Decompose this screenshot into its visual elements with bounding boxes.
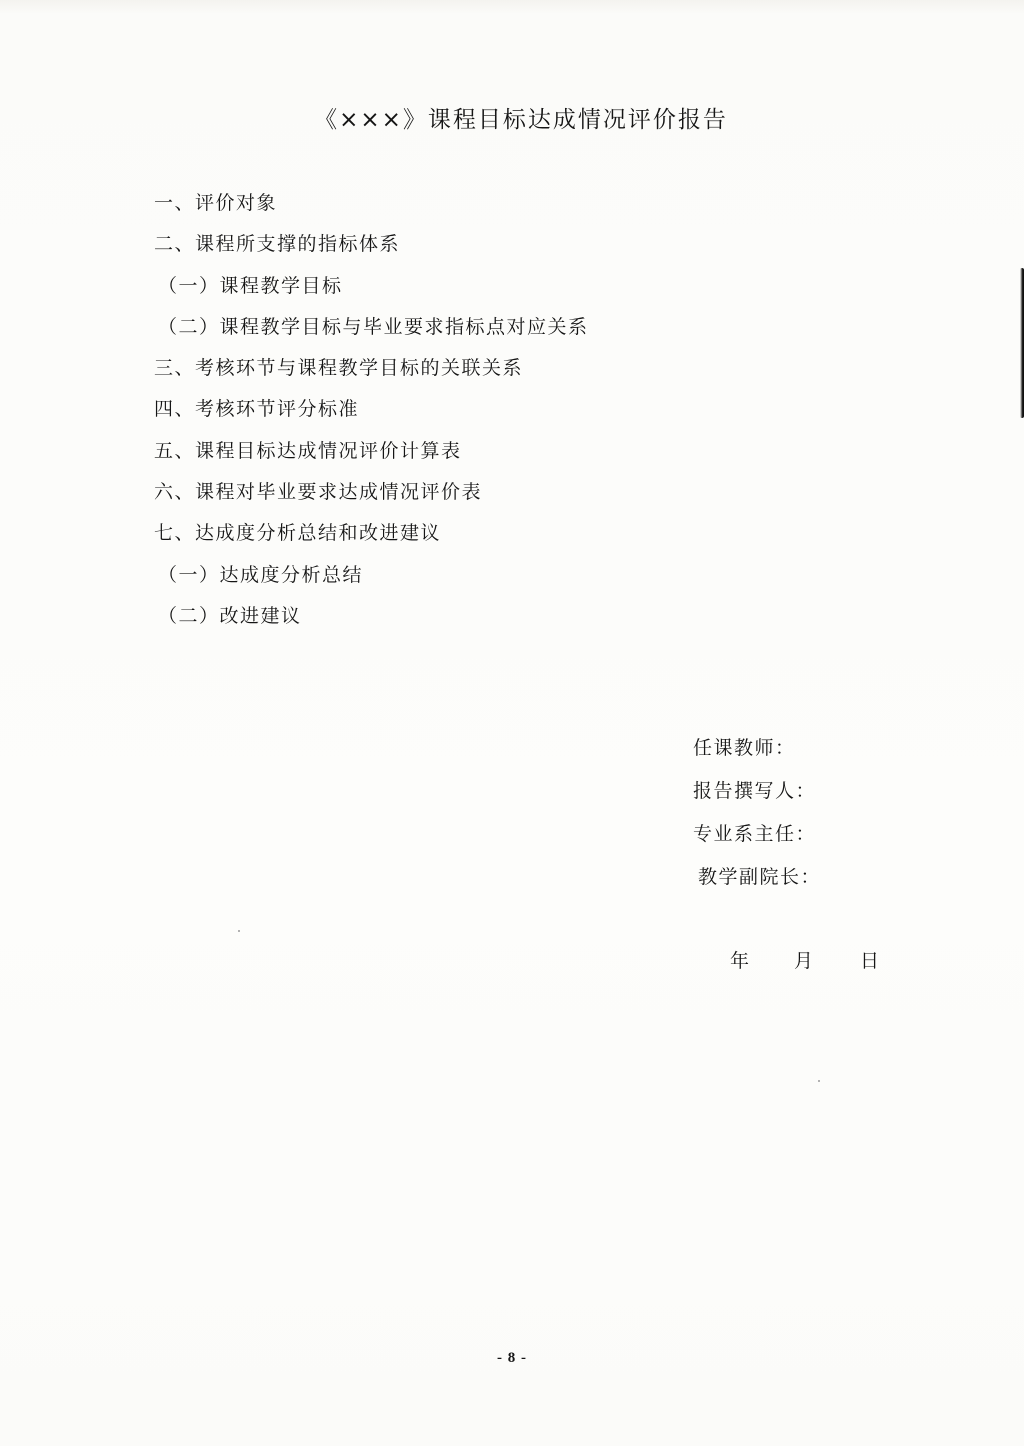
toc-item: 七、达成度分析总结和改进建议 bbox=[154, 519, 589, 560]
scan-speck bbox=[818, 1080, 820, 1082]
signature-block: 任课教师： 报告撰写人： 专业系主任： 教学副院长： bbox=[693, 733, 821, 905]
toc-item: 五、课程目标达成情况评价计算表 bbox=[154, 437, 589, 478]
toc-item: 一、评价对象 bbox=[154, 189, 589, 230]
scan-speck bbox=[238, 930, 240, 932]
signature-report-writer: 报告撰写人： bbox=[693, 776, 821, 819]
table-of-contents: 一、评价对象 二、课程所支撑的指标体系 （一）课程教学目标 （二）课程教学目标与… bbox=[154, 189, 589, 643]
toc-item: 六、课程对毕业要求达成情况评价表 bbox=[154, 478, 589, 519]
toc-item: 四、考核环节评分标准 bbox=[154, 395, 589, 436]
date-month-label: 月 bbox=[794, 946, 813, 976]
document-title: 《×××》课程目标达成情况评价报告 bbox=[0, 101, 1024, 134]
date-day-label: 日 bbox=[860, 946, 879, 976]
signature-department-head: 专业系主任： bbox=[693, 819, 821, 862]
toc-item: 二、课程所支撑的指标体系 bbox=[154, 230, 589, 271]
toc-subitem: （一）课程教学目标 bbox=[154, 272, 589, 313]
signature-teacher: 任课教师： bbox=[693, 733, 821, 776]
toc-item: 三、考核环节与课程教学目标的关联关系 bbox=[154, 354, 589, 395]
page-number: - 8 - bbox=[0, 1350, 1024, 1367]
toc-subitem: （二）改进建议 bbox=[154, 602, 589, 643]
toc-subitem: （二）课程教学目标与毕业要求指标点对应关系 bbox=[154, 313, 589, 354]
document-page: 《×××》课程目标达成情况评价报告 一、评价对象 二、课程所支撑的指标体系 （一… bbox=[0, 0, 1024, 1446]
page-edge-shadow bbox=[1020, 268, 1024, 418]
toc-subitem: （一）达成度分析总结 bbox=[154, 561, 589, 602]
date-year-label: 年 bbox=[730, 946, 749, 976]
signature-vice-dean: 教学副院长： bbox=[693, 862, 821, 905]
